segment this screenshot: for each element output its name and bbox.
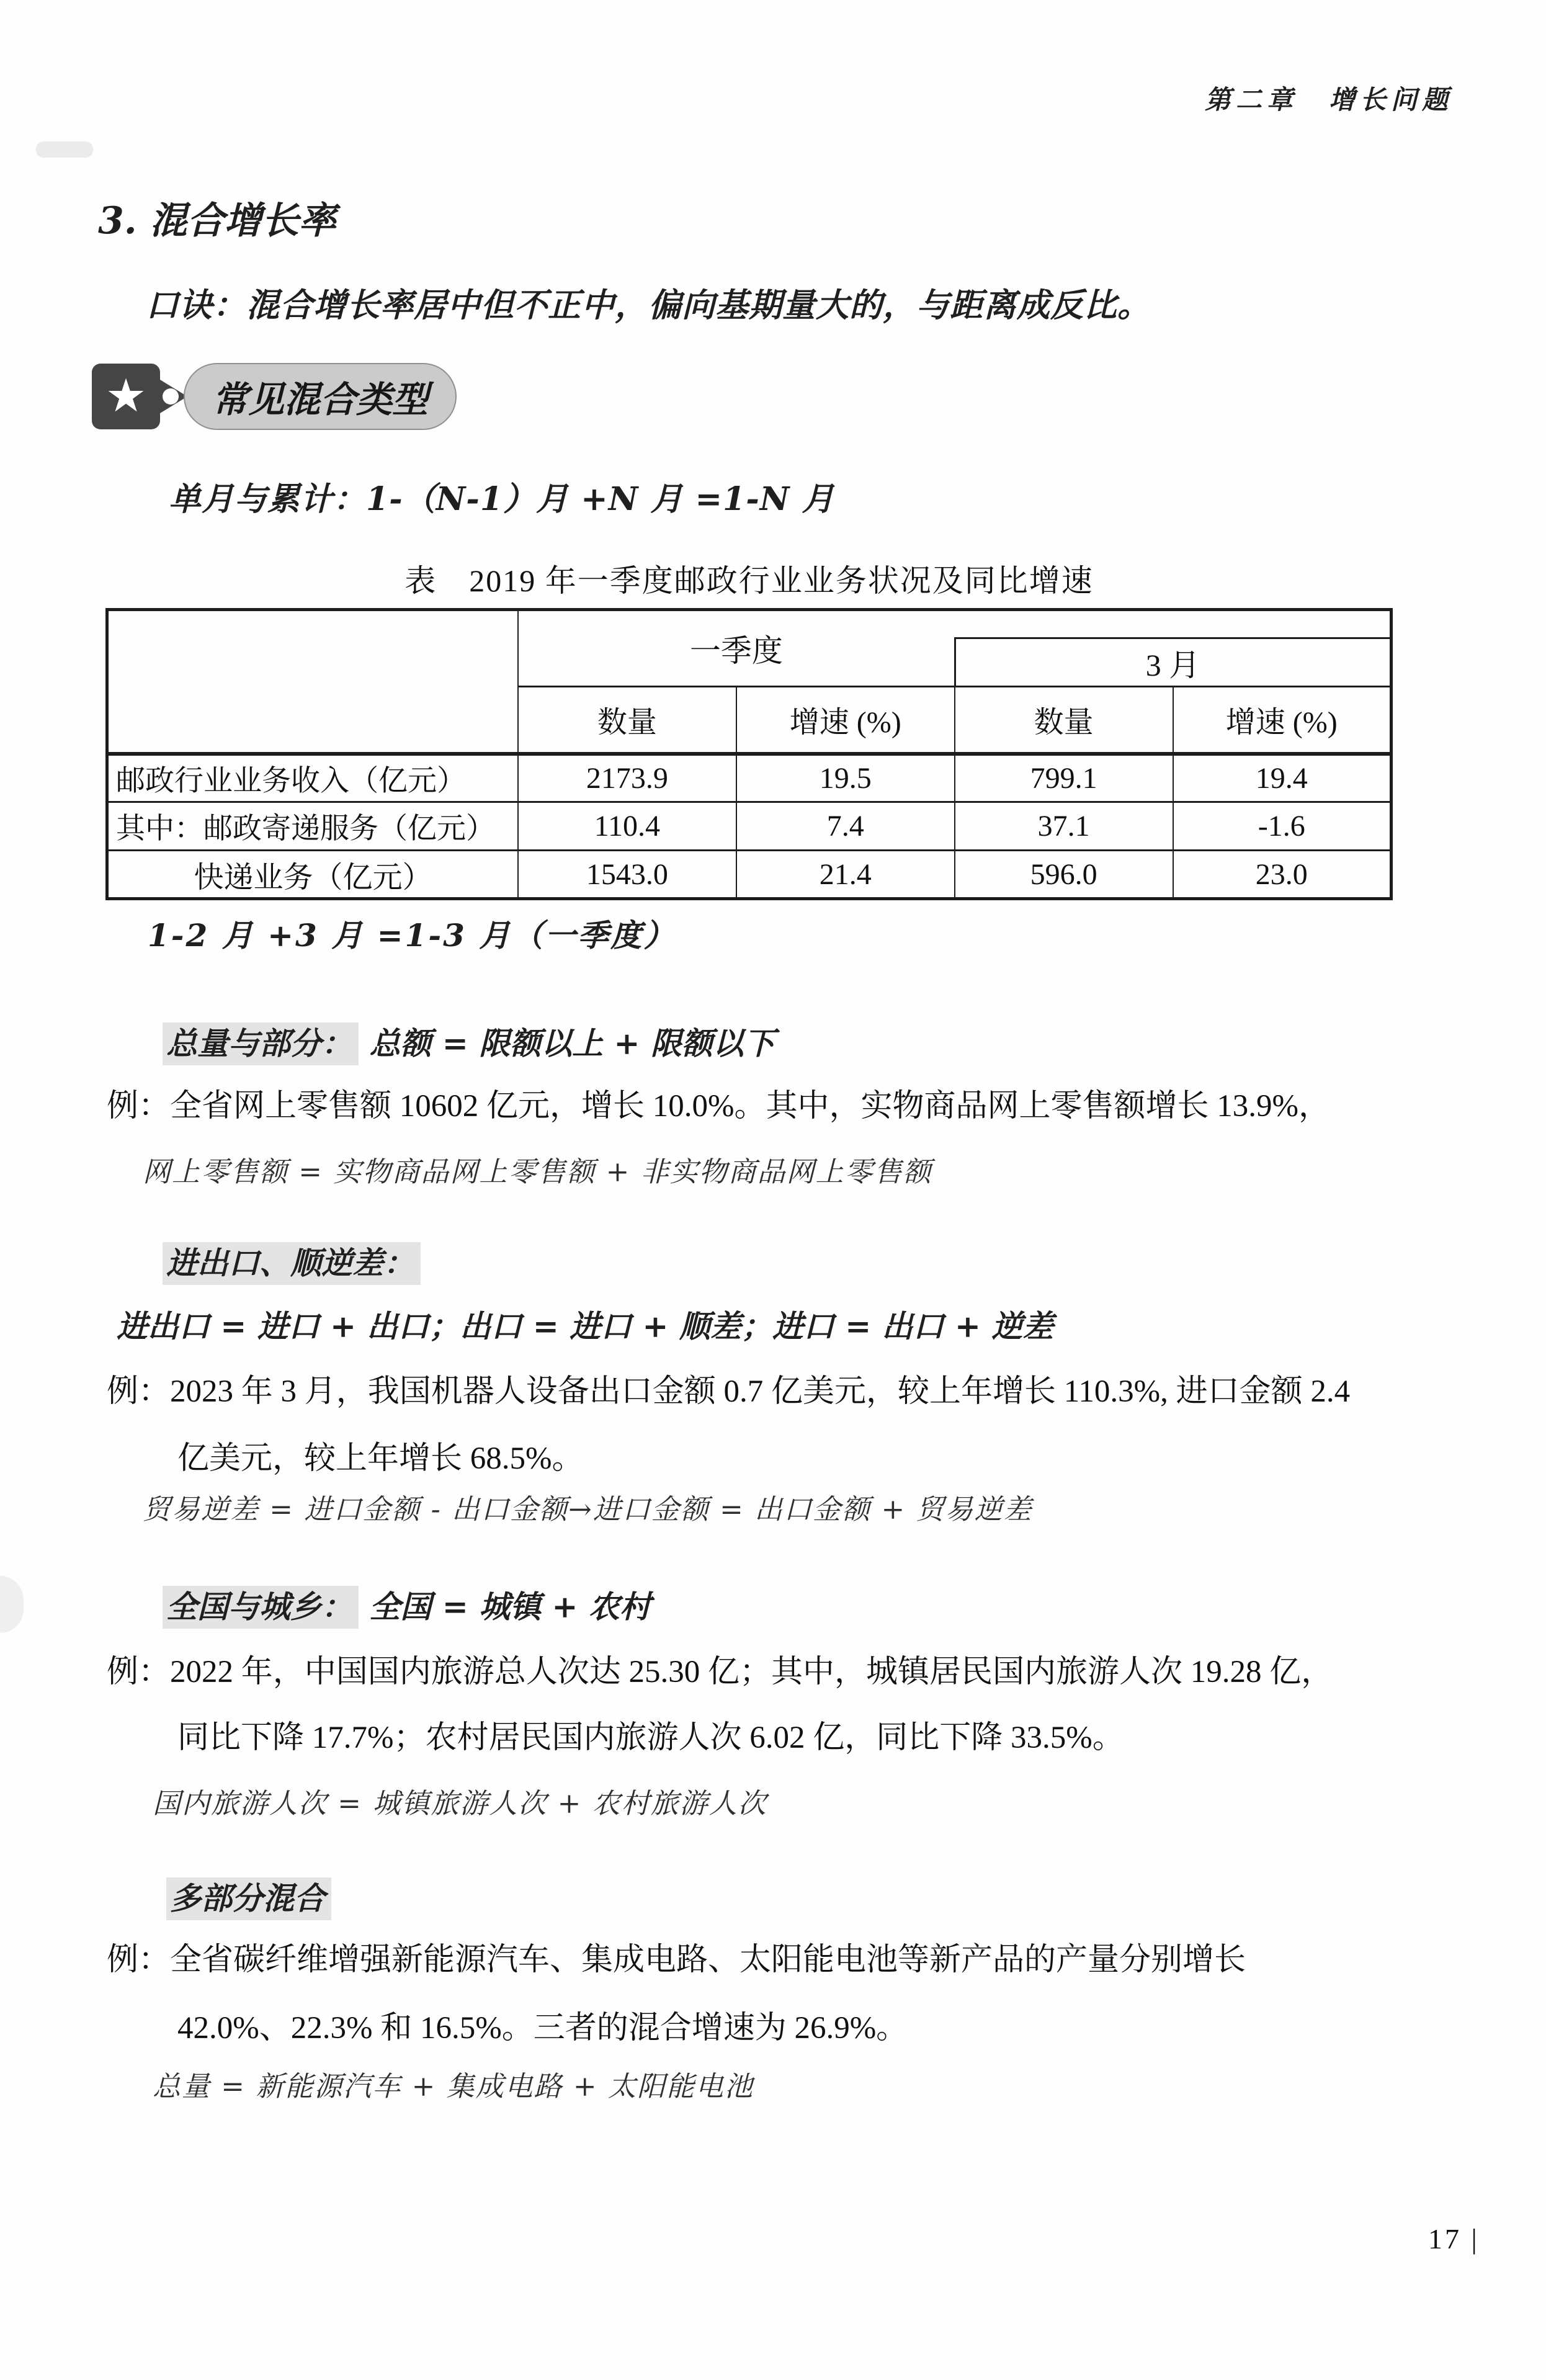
cell: -1.6	[1173, 802, 1392, 851]
handwritten-note: 国内旅游人次 = 城镇旅游人次 + 农村旅游人次	[153, 1781, 767, 1821]
example-line: 例：2022 年，中国国内旅游总人次达 25.30 亿；其中，城镇居民国内旅游人…	[107, 1645, 1333, 1691]
cell: 110.4	[518, 802, 736, 851]
table-handwritten-note: 1-2 月 +3 月 =1-3 月（一季度）	[148, 911, 676, 955]
cell: 7.4	[736, 802, 955, 851]
section-heading-formula: 总额 = 限额以上 + 限额以下	[369, 1025, 774, 1062]
import-export-formula: 进出口 = 进口 + 出口；出口 = 进口 + 顺差；进口 = 出口 + 逆差	[117, 1302, 1053, 1346]
table-row: 其中：邮政寄递服务（亿元） 110.4 7.4 37.1 -1.6	[107, 802, 1392, 851]
table-corner-cell	[107, 610, 518, 754]
postal-business-table: 一季度 3 月 数量 增速 (%) 数量 增速 (%) 邮政行业业务收入（亿元）…	[105, 608, 1393, 900]
section-heading-import-export: 进出口、顺逆差：	[163, 1238, 421, 1283]
example-line: 同比下降 17.7%；农村居民国内旅游人次 6.02 亿，同比下降 33.5%。	[177, 1711, 1124, 1757]
badge-label: 常见混合类型	[184, 363, 457, 430]
subheader-growth-q1: 增速 (%)	[736, 687, 955, 754]
cell: 19.4	[1173, 754, 1392, 802]
section-heading-national-urban-rural: 全国与城乡： 全国 = 城镇 + 农村	[163, 1582, 651, 1627]
mnemonic-line: 口诀：混合增长率居中但不正中，偏向基期量大的，与距离成反比。	[146, 279, 1151, 326]
table-title: 表 2019 年一季度邮政行业业务状况及同比增速	[105, 556, 1393, 601]
subheader-growth-march: 增速 (%)	[1173, 687, 1392, 754]
page-number: 17 |	[1428, 2222, 1480, 2255]
handwritten-note: 网上零售额 = 实物商品网上零售额 + 非实物商品网上零售额	[143, 1149, 932, 1189]
table-row: 快递业务（亿元） 1543.0 21.4 596.0 23.0	[107, 851, 1392, 899]
subheader-quantity-march: 数量	[955, 687, 1173, 754]
col-group-march: 3 月	[954, 637, 1390, 686]
star-icon: ★	[105, 374, 146, 419]
example-line: 42.0%、22.3% 和 16.5%。三者的混合增速为 26.9%。	[177, 2002, 908, 2047]
section-heading-formula: 全国 = 城镇 + 农村	[369, 1588, 650, 1625]
cell: 23.0	[1173, 851, 1392, 899]
page-title: 3. 混合增长率	[98, 191, 336, 244]
handwritten-note: 总量 = 新能源汽车 + 集成电路 + 太阳能电池	[153, 2064, 754, 2104]
document-page: 第二章 增长问题 3. 混合增长率 口诀：混合增长率居中但不正中，偏向基期量大的…	[0, 0, 1546, 2380]
scan-smudge	[0, 1576, 24, 1633]
tag-hole	[163, 388, 179, 405]
cell: 21.4	[736, 851, 955, 899]
section-heading-label: 全国与城乡：	[163, 1586, 359, 1629]
scan-smudge	[36, 141, 93, 158]
cell: 799.1	[955, 754, 1173, 802]
table-group-header-row: 一季度 3 月	[107, 610, 1392, 687]
cell: 37.1	[955, 802, 1173, 851]
section-heading-label: 总量与部分：	[163, 1022, 359, 1065]
monthly-cumulative-formula: 单月与累计：1-（N-1）月 +N 月 =1-N 月	[169, 473, 834, 519]
table-row: 邮政行业业务收入（亿元） 2173.9 19.5 799.1 19.4	[107, 754, 1392, 802]
example-line: 例：全省网上零售额 10602 亿元，增长 10.0%。其中，实物商品网上零售额…	[107, 1080, 1330, 1125]
row-label: 其中：邮政寄递服务（亿元）	[107, 802, 518, 851]
row-label: 快递业务（亿元）	[107, 851, 518, 899]
row-label: 邮政行业业务收入（亿元）	[107, 754, 518, 802]
col-group-quarter: 一季度	[519, 611, 954, 686]
section-heading-label: 多部分混合	[166, 1877, 331, 1920]
cell: 596.0	[955, 851, 1173, 899]
table-group-header-cell: 一季度 3 月	[518, 610, 1392, 687]
handwritten-note: 贸易逆差 = 进口金额 - 出口金额→进口金额 = 出口金额 + 贸易逆差	[143, 1487, 1032, 1527]
chapter-header: 第二章 增长问题	[1205, 79, 1453, 117]
section-heading-multi-part-mix: 多部分混合	[166, 1874, 331, 1918]
subheader-quantity-q1: 数量	[518, 687, 736, 754]
col-group-march-label: 3 月	[1146, 640, 1200, 685]
cell: 19.5	[736, 754, 955, 802]
example-line: 亿美元，较上年增长 68.5%。	[177, 1432, 584, 1478]
example-line: 例：全省碳纤维增强新能源汽车、集成电路、太阳能电池等新产品的产量分别增长	[107, 1933, 1246, 1979]
star-tag: ★	[92, 364, 160, 429]
example-line: 例：2023 年 3 月，我国机器人设备出口金额 0.7 亿美元，较上年增长 1…	[107, 1365, 1350, 1411]
section-heading-total-parts: 总量与部分： 总额 = 限额以上 + 限额以下	[163, 1019, 775, 1063]
section-heading-label: 进出口、顺逆差：	[163, 1242, 421, 1285]
cell: 2173.9	[518, 754, 736, 802]
cell: 1543.0	[518, 851, 736, 899]
common-types-badge: ★ 常见混合类型	[92, 362, 457, 431]
